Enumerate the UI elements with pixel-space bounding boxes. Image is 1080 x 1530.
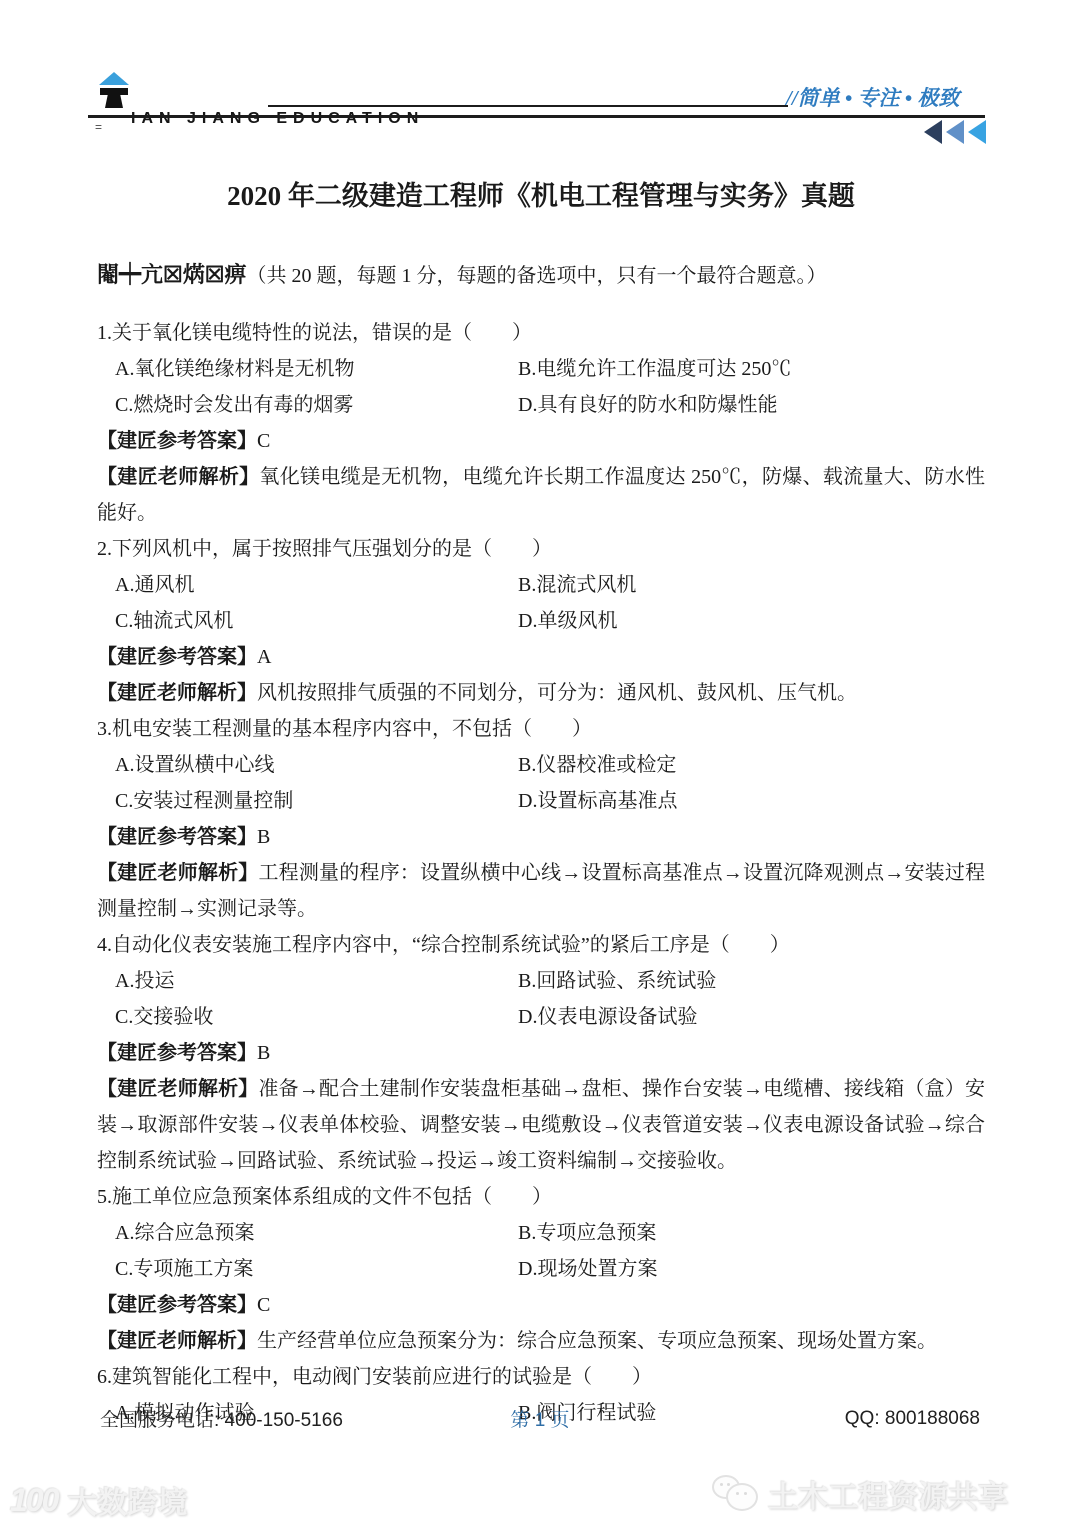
analysis-line: 【建匠老师解析】工程测量的程序：设置纵横中心线→设置标高基准点→设置沉降观测点→… [97,855,985,927]
question-stem: 5.施工单位应急预案体系组成的文件不包括（ ） [97,1179,985,1215]
logo-base-icon [105,95,123,108]
answer-value: A [257,646,271,668]
answer-value: B [257,1042,270,1064]
analysis-label: 【建匠老师解析】 [97,466,259,488]
options-row: A.综合应急预案 B.专项应急预案 [97,1215,985,1251]
header-arrows-icon [924,120,986,144]
question-stem: 1.关于氧化镁电缆特性的说法，错误的是（ ） [97,315,985,351]
question-block-1: 1.关于氧化镁电缆特性的说法，错误的是（ ） A.氧化镁绝缘材料是无机物 B.电… [97,315,985,531]
watermark-dashukuajing: 100 大数跨境 [10,1478,187,1522]
option-b: B.混流式风机 [518,567,985,603]
brand-logo-icon [98,72,132,114]
footer-qq: QQ: 800188068 [687,1408,980,1430]
analysis-label: 【建匠老师解析】 [97,1078,259,1100]
answer-label: 【建匠参考答案】 [97,1042,257,1064]
section-heading: 閹┿亢☒焫☒痹（共 20 题，每题 1 分，每题的备选项中，只有一个最符合题意。… [97,258,985,295]
question-block-3: 3.机电安装工程测量的基本程序内容中，不包括（ ） A.设置纵横中心线 B.仪器… [97,711,985,927]
question-stem: 3.机电安装工程测量的基本程序内容中，不包括（ ） [97,711,985,747]
answer-value: B [257,826,270,848]
question-block-4: 4.自动化仪表安装施工程序内容中，“综合控制系统试验”的紧后工序是（ ） A.投… [97,927,985,1179]
exam-content: 2020 年二级建造工程师《机电工程管理与实务》真题 閹┿亢☒焫☒痹（共 20 … [97,176,985,1431]
logo-triangle-icon [99,72,129,85]
document-page: = IAN JIANG EDUCATION //简单 • 专注 • 极致 202… [0,0,1080,1530]
options-row: C.专项施工方案 D.现场处置方案 [97,1251,985,1287]
analysis-text: 生产经营单位应急预案分为：综合应急预案、专项应急预案、现场处置方案。 [257,1330,937,1352]
arrow-left-dark-icon [924,120,942,144]
wechat-icon [712,1475,756,1513]
analysis-label: 【建匠老师解析】 [97,682,257,704]
answer-value: C [257,1294,270,1316]
option-b: B.专项应急预案 [518,1215,985,1251]
logo-bar-icon [100,88,128,95]
page-title: 2020 年二级建造工程师《机电工程管理与实务》真题 [97,176,985,216]
question-block-2: 2.下列风机中，属于按照排气压强划分的是（ ） A.通风机 B.混流式风机 C.… [97,531,985,711]
section-heading-bold: 閹┿亢☒焫☒痹 [97,262,246,287]
options-row: C.安装过程测量控制 D.设置标高基准点 [97,783,985,819]
section-heading-note: （共 20 题，每题 1 分，每题的备选项中，只有一个最符合题意。） [246,265,826,287]
analysis-line: 【建匠老师解析】准备→配合土建制作安装盘柜基础→盘柜、操作台安装→电缆槽、接线箱… [97,1071,985,1179]
options-row: A.投运 B.回路试验、系统试验 [97,963,985,999]
option-c: C.专项施工方案 [115,1251,518,1287]
question-list: 1.关于氧化镁电缆特性的说法，错误的是（ ） A.氧化镁绝缘材料是无机物 B.电… [97,315,985,1431]
dashu-100-logo-icon: 100 [10,1482,57,1519]
answer-value: C [257,430,270,452]
watermark-tumu: 土木工程资源共享 [712,1472,1008,1516]
option-d: D.仪表电源设备试验 [518,999,985,1035]
answer-line: 【建匠参考答案】B [97,819,985,855]
option-d: D.单级风机 [518,603,985,639]
option-a: A.综合应急预案 [115,1215,518,1251]
question-block-5: 5.施工单位应急预案体系组成的文件不包括（ ） A.综合应急预案 B.专项应急预… [97,1179,985,1359]
answer-line: 【建匠参考答案】C [97,423,985,459]
options-row: A.通风机 B.混流式风机 [97,567,985,603]
option-a: A.通风机 [115,567,518,603]
header-thin-rule [268,105,788,107]
answer-label: 【建匠参考答案】 [97,646,257,668]
option-a: A.投运 [115,963,518,999]
answer-line: 【建匠参考答案】C [97,1287,985,1323]
option-b: B.电缆允许工作温度可达 250℃ [518,351,985,387]
option-b: B.仪器校准或检定 [518,747,985,783]
option-d: D.设置标高基准点 [518,783,985,819]
arrow-left-mid-icon [946,120,964,144]
arrow-left-light-icon [968,120,986,144]
equals-mark: = [95,120,102,134]
analysis-label: 【建匠老师解析】 [97,862,259,884]
option-c: C.交接验收 [115,999,518,1035]
answer-label: 【建匠参考答案】 [97,430,257,452]
analysis-line: 【建匠老师解析】生产经营单位应急预案分为：综合应急预案、专项应急预案、现场处置方… [97,1323,985,1359]
option-d: D.具有良好的防水和防爆性能 [518,387,985,423]
answer-line: 【建匠参考答案】B [97,1035,985,1071]
question-stem: 4.自动化仪表安装施工程序内容中，“综合控制系统试验”的紧后工序是（ ） [97,927,985,963]
option-b: B.回路试验、系统试验 [518,963,985,999]
header-thick-rule [88,115,985,118]
option-a: A.设置纵横中心线 [115,747,518,783]
analysis-line: 【建匠老师解析】氧化镁电缆是无机物，电缆允许长期工作温度达 250℃，防爆、载流… [97,459,985,531]
options-row: A.设置纵横中心线 B.仪器校准或检定 [97,747,985,783]
options-row: C.轴流式风机 D.单级风机 [97,603,985,639]
watermark-left-text: 大数跨境 [67,1478,187,1522]
option-c: C.燃烧时会发出有毒的烟雾 [115,387,518,423]
analysis-text: 风机按照排气质强的不同划分，可分为：通风机、鼓风机、压气机。 [257,682,857,704]
footer-phone: 全国服务电话: 400-150-5166 [100,1405,393,1432]
page-footer: 全国服务电话: 400-150-5166 第 1 页 QQ: 800188068 [100,1405,980,1432]
answer-line: 【建匠参考答案】A [97,639,985,675]
options-row: C.交接验收 D.仪表电源设备试验 [97,999,985,1035]
question-stem: 2.下列风机中，属于按照排气压强划分的是（ ） [97,531,985,567]
header-slogan: //简单 • 专注 • 极致 [786,82,996,112]
analysis-line: 【建匠老师解析】风机按照排气质强的不同划分，可分为：通风机、鼓风机、压气机。 [97,675,985,711]
option-c: C.安装过程测量控制 [115,783,518,819]
answer-label: 【建匠参考答案】 [97,826,257,848]
options-row: A.氧化镁绝缘材料是无机物 B.电缆允许工作温度可达 250℃ [97,351,985,387]
option-c: C.轴流式风机 [115,603,518,639]
footer-page-number: 第 1 页 [393,1405,686,1432]
answer-label: 【建匠参考答案】 [97,1294,257,1316]
option-d: D.现场处置方案 [518,1251,985,1287]
question-stem: 6.建筑智能化工程中，电动阀门安装前应进行的试验是（ ） [97,1359,985,1395]
options-row: C.燃烧时会发出有毒的烟雾 D.具有良好的防水和防爆性能 [97,387,985,423]
option-a: A.氧化镁绝缘材料是无机物 [115,351,518,387]
brand-name: IAN JIANG EDUCATION [131,110,424,128]
analysis-label: 【建匠老师解析】 [97,1330,257,1352]
watermark-right-text: 土木工程资源共享 [768,1472,1008,1516]
